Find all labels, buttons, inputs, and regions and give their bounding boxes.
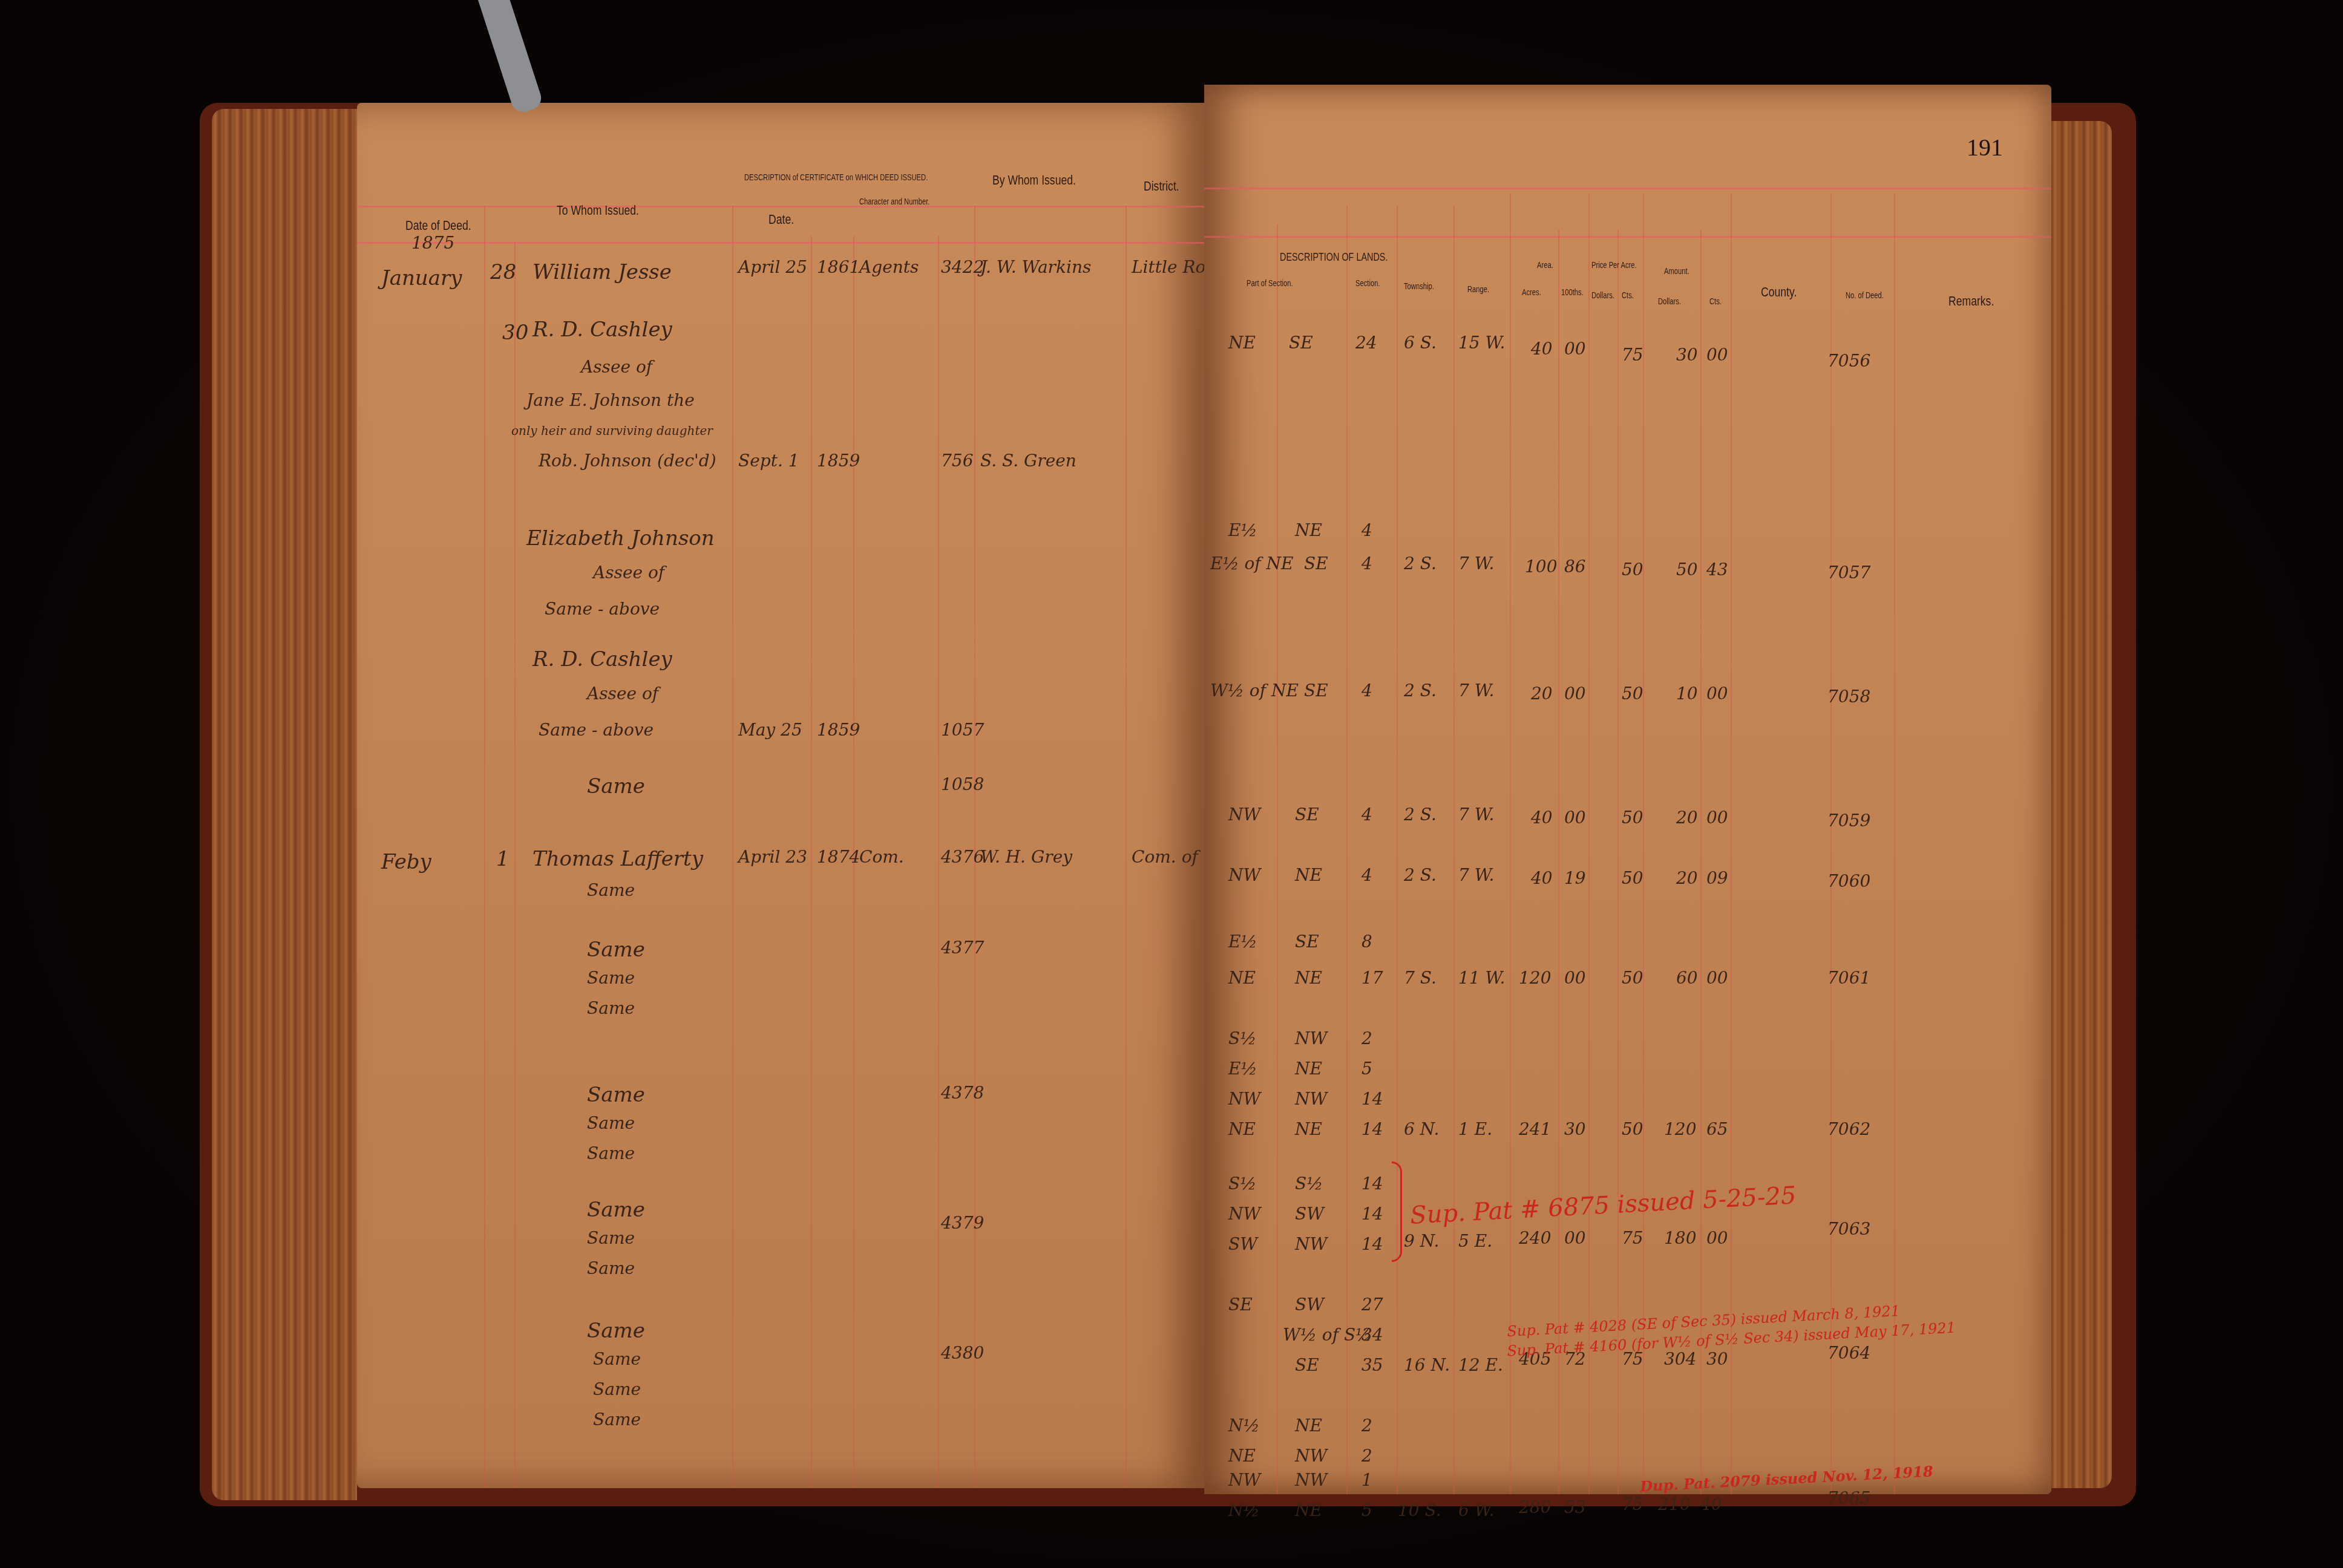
land-of: SE bbox=[1289, 333, 1313, 353]
land-acres: 40 bbox=[1531, 868, 1553, 888]
land-hundredths: 86 bbox=[1564, 557, 1586, 577]
header-part-of-section: Part of Section. bbox=[1247, 278, 1293, 288]
header-date: Date. bbox=[768, 212, 794, 227]
entry-name-line: Same bbox=[593, 1349, 641, 1369]
entry-name: Same bbox=[587, 774, 645, 799]
land-section: 2 bbox=[1362, 1028, 1372, 1048]
header-price-dollars: Dollars. bbox=[1591, 290, 1614, 300]
land-cts: 65 bbox=[1706, 1119, 1728, 1139]
land-part: E½ bbox=[1228, 1059, 1257, 1079]
entry-month: Feby bbox=[381, 850, 431, 874]
land-section: 14 bbox=[1362, 1174, 1383, 1194]
header-acres: Acres. bbox=[1522, 287, 1541, 297]
land-price: 50 bbox=[1622, 808, 1643, 828]
land-amount: 30 bbox=[1676, 345, 1698, 365]
land-part: NE bbox=[1228, 1119, 1256, 1139]
header-price-cts: Cts. bbox=[1622, 290, 1634, 300]
land-of: NE bbox=[1295, 1059, 1322, 1079]
land-acres: 100 bbox=[1525, 557, 1557, 577]
land-section: 4 bbox=[1362, 865, 1372, 885]
header-remarks: Remarks. bbox=[1948, 293, 1994, 309]
land-part: S½ bbox=[1228, 1028, 1256, 1048]
land-range: 11 W. bbox=[1458, 968, 1505, 988]
entry-number: 4377 bbox=[941, 938, 984, 958]
header-character-number: Character and Number. bbox=[859, 197, 929, 206]
entry-name-line: Assee of bbox=[587, 684, 658, 704]
land-cts: 00 bbox=[1706, 684, 1728, 704]
entry-number: 4380 bbox=[941, 1343, 984, 1363]
land-range: 5 E. bbox=[1458, 1231, 1492, 1251]
land-price: 50 bbox=[1622, 560, 1643, 580]
land-section: 24 bbox=[1355, 333, 1377, 353]
land-township: 2 S. bbox=[1404, 554, 1437, 573]
entry-cert-date: Sept. 1 bbox=[738, 451, 799, 471]
red-remark-duplicate-patent: Dup. Pat. 2079 issued Nov. 12, 1918 bbox=[1640, 1462, 1934, 1495]
land-township: 6 N. bbox=[1404, 1119, 1439, 1139]
entry-name: Same bbox=[587, 1319, 645, 1343]
land-range: 7 W. bbox=[1458, 865, 1495, 885]
header-top-rule bbox=[1204, 188, 2051, 189]
land-township: 9 N. bbox=[1404, 1231, 1439, 1251]
entry-name-line: Assee of bbox=[593, 563, 664, 583]
land-of: SW bbox=[1295, 1204, 1324, 1224]
land-of: NE bbox=[1295, 1119, 1322, 1139]
land-township: 2 S. bbox=[1404, 805, 1437, 825]
entry-number: 3422 bbox=[941, 257, 984, 277]
land-section: 27 bbox=[1362, 1295, 1383, 1315]
land-price: 50 bbox=[1622, 868, 1643, 888]
entry-month: January bbox=[381, 266, 462, 290]
land-township: 7 S. bbox=[1404, 968, 1437, 988]
header-range: Range. bbox=[1467, 284, 1489, 294]
land-range: 1 E. bbox=[1458, 1119, 1492, 1139]
land-part: E½ bbox=[1228, 932, 1257, 952]
land-hundredths: 00 bbox=[1564, 684, 1586, 704]
entry-name-line: Same bbox=[587, 968, 635, 988]
land-of: SE bbox=[1304, 681, 1328, 701]
land-of: SW bbox=[1295, 1295, 1324, 1315]
land-section: 14 bbox=[1362, 1119, 1383, 1139]
land-section: 1 bbox=[1362, 1470, 1372, 1490]
land-part: NW bbox=[1228, 805, 1260, 825]
entry-character: Agents bbox=[859, 257, 919, 277]
entry-number: 4379 bbox=[941, 1213, 984, 1233]
entry-issued-by: S. S. Green bbox=[980, 451, 1076, 471]
entry-name-line: Same bbox=[587, 880, 635, 900]
land-price: 75 bbox=[1622, 345, 1643, 365]
land-amount: 60 bbox=[1676, 968, 1698, 988]
entry-day: 30 bbox=[502, 321, 528, 345]
land-section: 8 bbox=[1362, 932, 1372, 952]
land-of: NW bbox=[1295, 1089, 1327, 1109]
deed-number: 7059 bbox=[1827, 811, 1870, 831]
land-cts: 40 bbox=[1700, 1494, 1722, 1514]
red-remark-supplemental-patent: Sup. Pat # 6875 issued 5-25-25 bbox=[1409, 1181, 1797, 1229]
land-amount: 50 bbox=[1676, 560, 1698, 580]
land-section: 4 bbox=[1362, 681, 1372, 701]
entry-cert-year: 1859 bbox=[817, 451, 860, 471]
land-amount: 180 bbox=[1664, 1228, 1696, 1248]
land-part: SE bbox=[1228, 1295, 1253, 1315]
land-part: N½ bbox=[1228, 1500, 1260, 1520]
deed-number: 7057 bbox=[1827, 563, 1870, 583]
header-by-whom-issued: By Whom Issued. bbox=[992, 172, 1076, 188]
land-of: SE bbox=[1295, 932, 1319, 952]
entry-name-line: Same bbox=[587, 1143, 635, 1163]
land-of: NE bbox=[1295, 865, 1322, 885]
entry-name-line: Same - above bbox=[539, 720, 654, 740]
red-brace bbox=[1392, 1161, 1402, 1262]
deed-number: 7063 bbox=[1827, 1219, 1870, 1239]
land-of: NE bbox=[1295, 520, 1322, 540]
entry-issued-by: J. W. Warkins bbox=[980, 257, 1091, 277]
land-part: W½ of NE bbox=[1210, 681, 1299, 701]
entry-name-line: Same bbox=[587, 1258, 635, 1278]
land-of: NW bbox=[1295, 1234, 1327, 1254]
entry-name: Elizabeth Johnson bbox=[526, 526, 715, 550]
land-part: NW bbox=[1228, 865, 1260, 885]
land-cts: 43 bbox=[1706, 560, 1728, 580]
land-price: 50 bbox=[1622, 1119, 1643, 1139]
land-range: 7 W. bbox=[1458, 554, 1495, 573]
land-township: 2 S. bbox=[1404, 865, 1437, 885]
header-description-of-lands: DESCRIPTION OF LANDS. bbox=[1280, 251, 1388, 264]
entry-cert-date: May 25 bbox=[738, 720, 802, 740]
land-of: NW bbox=[1295, 1470, 1327, 1490]
land-section: 5 bbox=[1362, 1500, 1372, 1520]
entry-name-line: Same - above bbox=[545, 599, 660, 619]
land-part: N½ bbox=[1228, 1416, 1260, 1436]
land-section: 34 bbox=[1362, 1325, 1383, 1345]
land-hundredths: 00 bbox=[1564, 1228, 1586, 1248]
entry-name-line: Same bbox=[587, 1228, 635, 1248]
land-section: 5 bbox=[1362, 1059, 1372, 1079]
header-amount: Amount. bbox=[1664, 266, 1689, 276]
land-of: NW bbox=[1295, 1446, 1327, 1466]
land-amount: 20 bbox=[1676, 868, 1698, 888]
deed-number: 7064 bbox=[1827, 1343, 1870, 1363]
year: 1875 bbox=[411, 233, 454, 253]
land-range: 7 W. bbox=[1458, 805, 1495, 825]
deed-number: 7056 bbox=[1827, 351, 1870, 371]
land-acres: 280 bbox=[1519, 1497, 1551, 1517]
entry-name-line: only heir and surviving daughter bbox=[511, 423, 713, 438]
land-of: SE bbox=[1295, 1355, 1319, 1375]
land-part: E½ bbox=[1228, 520, 1257, 540]
land-part: NW bbox=[1228, 1089, 1260, 1109]
entry-cert-date: April 23 bbox=[738, 847, 807, 867]
right-ledger-page: 191 DESCRIPTION OF LANDS. Part of Sectio… bbox=[1204, 85, 2051, 1494]
header-district: District. bbox=[1144, 178, 1179, 194]
land-part: S½ bbox=[1228, 1174, 1256, 1194]
land-hundredths: 19 bbox=[1564, 868, 1586, 888]
entry-name-line: Same bbox=[587, 1113, 635, 1133]
land-of: NE bbox=[1295, 1500, 1322, 1520]
land-section: 4 bbox=[1362, 805, 1372, 825]
land-price: 50 bbox=[1622, 968, 1643, 988]
entry-name-line: Rob. Johnson (dec'd) bbox=[539, 451, 716, 471]
deed-number: 7062 bbox=[1827, 1119, 1870, 1139]
land-section: 35 bbox=[1362, 1355, 1383, 1375]
page-number: 191 bbox=[1967, 133, 2003, 162]
header-amount-cts: Cts. bbox=[1709, 296, 1722, 306]
land-section: 4 bbox=[1362, 520, 1372, 540]
entry-number: 1058 bbox=[941, 774, 984, 794]
land-cts: 30 bbox=[1706, 1349, 1728, 1369]
header-county: County. bbox=[1761, 284, 1797, 300]
land-part: NW bbox=[1228, 1470, 1260, 1490]
land-hundredths: 53 bbox=[1564, 1497, 1586, 1517]
entry-number: 4376 bbox=[941, 847, 984, 867]
land-amount: 210 bbox=[1658, 1494, 1690, 1514]
entry-name: R. D. Cashley bbox=[532, 647, 672, 671]
entry-name-line: Jane E. Johnson the bbox=[526, 390, 695, 410]
land-section: 17 bbox=[1362, 968, 1383, 988]
land-part: NE bbox=[1228, 1446, 1256, 1466]
land-acres: 241 bbox=[1519, 1119, 1551, 1139]
entry-cert-date: April 25 bbox=[738, 257, 807, 277]
land-section: 2 bbox=[1362, 1416, 1372, 1436]
entry-cert-year: 1859 bbox=[817, 720, 860, 740]
land-range: 15 W. bbox=[1458, 333, 1505, 353]
land-section: 2 bbox=[1362, 1446, 1372, 1466]
land-acres: 240 bbox=[1519, 1228, 1551, 1248]
land-of: S½ bbox=[1295, 1174, 1323, 1194]
land-township: 10 S. bbox=[1398, 1500, 1441, 1520]
entry-name-line: Same bbox=[593, 1379, 641, 1399]
header-bottom-rule bbox=[1204, 236, 2051, 238]
entry-name: Same bbox=[587, 1198, 645, 1222]
land-township: 2 S. bbox=[1404, 681, 1437, 701]
land-section: 14 bbox=[1362, 1089, 1383, 1109]
deed-number: 7061 bbox=[1827, 968, 1870, 988]
land-cts: 00 bbox=[1706, 1228, 1728, 1248]
land-of: NW bbox=[1295, 1028, 1327, 1048]
entry-day: 28 bbox=[490, 260, 516, 284]
land-of: SE bbox=[1304, 554, 1328, 573]
left-ledger-page: Date of Deed. To Whom Issued. DESCRIPTIO… bbox=[357, 103, 1204, 1488]
entry-number: 1057 bbox=[941, 720, 984, 740]
header-to-whom-issued: To Whom Issued. bbox=[557, 203, 639, 218]
entry-name-line: Assee of bbox=[581, 357, 652, 377]
entry-name-line: Same bbox=[587, 998, 635, 1018]
land-acres: 40 bbox=[1531, 808, 1553, 828]
entry-name: Thomas Lafferty bbox=[532, 847, 703, 871]
entry-name: Same bbox=[587, 1083, 645, 1107]
entry-number: 4378 bbox=[941, 1083, 984, 1103]
land-part: W½ of S½ bbox=[1283, 1325, 1372, 1345]
land-of: NE bbox=[1295, 968, 1322, 988]
land-hundredths: 30 bbox=[1564, 1119, 1586, 1139]
entry-name-line: Same bbox=[593, 1410, 641, 1429]
deed-number: 7060 bbox=[1827, 871, 1870, 891]
land-price: 75 bbox=[1622, 1228, 1643, 1248]
land-hundredths: 00 bbox=[1564, 808, 1586, 828]
entry-cert-year: 1874 bbox=[817, 847, 860, 867]
land-part: SW bbox=[1228, 1234, 1257, 1254]
entry-issued-by: W. H. Grey bbox=[980, 847, 1072, 867]
header-township: Township. bbox=[1404, 281, 1434, 291]
land-price: 50 bbox=[1622, 684, 1643, 704]
land-part: NW bbox=[1228, 1204, 1260, 1224]
header-no-of-deed: No. of Deed. bbox=[1846, 290, 1884, 300]
land-range: 6 W. bbox=[1458, 1500, 1495, 1520]
header-price-per-acre: Price Per Acre. bbox=[1591, 260, 1637, 270]
land-acres: 40 bbox=[1531, 339, 1553, 359]
land-part: E½ of NE bbox=[1210, 554, 1294, 573]
land-amount: 120 bbox=[1664, 1119, 1696, 1139]
deed-number: 7058 bbox=[1827, 687, 1870, 707]
entry-day: 1 bbox=[496, 847, 510, 871]
land-part: NE bbox=[1228, 968, 1256, 988]
header-section: Section. bbox=[1355, 278, 1380, 288]
entry-name: William Jesse bbox=[532, 260, 672, 284]
header-certificate-group: DESCRIPTION of CERTIFICATE on WHICH DEED… bbox=[744, 172, 928, 182]
land-range: 7 W. bbox=[1458, 681, 1495, 701]
land-section: 14 bbox=[1362, 1204, 1383, 1224]
page-edges-left bbox=[212, 109, 357, 1500]
land-range: 12 E. bbox=[1458, 1355, 1503, 1375]
header-amount-dollars: Dollars. bbox=[1658, 296, 1681, 306]
land-township: 6 S. bbox=[1404, 333, 1437, 353]
land-part: NE bbox=[1228, 333, 1256, 353]
land-cts: 00 bbox=[1706, 808, 1728, 828]
land-of: SE bbox=[1295, 805, 1319, 825]
header-100ths: 100ths. bbox=[1561, 287, 1584, 297]
land-section: 14 bbox=[1362, 1234, 1383, 1254]
land-section: 4 bbox=[1362, 554, 1372, 573]
land-cts: 00 bbox=[1706, 345, 1728, 365]
land-amount: 20 bbox=[1676, 808, 1698, 828]
entry-number: 756 bbox=[941, 451, 973, 471]
land-amount: 304 bbox=[1664, 1349, 1696, 1369]
header-area: Area. bbox=[1537, 260, 1553, 270]
land-hundredths: 00 bbox=[1564, 968, 1586, 988]
deed-number: 7065 bbox=[1827, 1488, 1870, 1508]
land-township: 16 N. bbox=[1404, 1355, 1450, 1375]
land-amount: 10 bbox=[1676, 684, 1698, 704]
entry-cert-year: 1861 bbox=[817, 257, 860, 277]
land-price: 75 bbox=[1622, 1494, 1643, 1514]
header-date-of-deed: Date of Deed. bbox=[405, 218, 471, 234]
entry-character: Com. bbox=[859, 847, 904, 867]
entry-name: Same bbox=[587, 938, 645, 962]
land-cts: 09 bbox=[1706, 868, 1728, 888]
land-cts: 00 bbox=[1706, 968, 1728, 988]
land-hundredths: 00 bbox=[1564, 339, 1586, 359]
land-acres: 120 bbox=[1519, 968, 1551, 988]
land-acres: 20 bbox=[1531, 684, 1553, 704]
land-of: NE bbox=[1295, 1416, 1322, 1436]
entry-name: R. D. Cashley bbox=[532, 318, 672, 342]
